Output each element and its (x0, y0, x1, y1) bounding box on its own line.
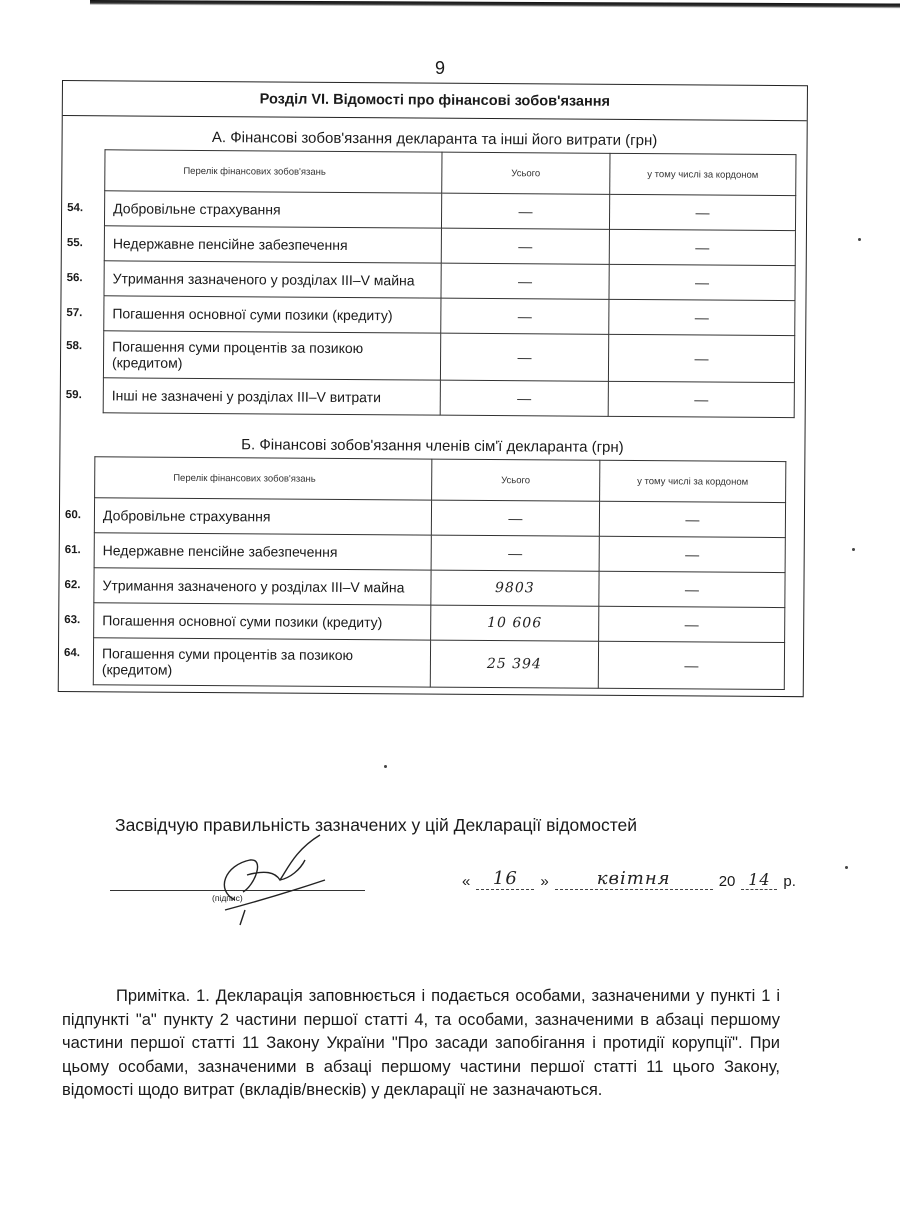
header-abroad: у тому числі за кордоном (599, 460, 785, 502)
row-number: 59. (66, 387, 82, 403)
row-number: 60. (65, 507, 81, 523)
abroad-cell: — (599, 536, 785, 572)
row-label: 55.Недержавне пенсійне забезпечення (104, 226, 441, 263)
section-vi-frame: Розділ VI. Відомості про фінансові зобов… (58, 80, 808, 697)
table-row: 63.Погашення основної суми позики (креди… (94, 603, 785, 643)
part-b-table: Перелік фінансових зобов'язань Усього у … (93, 456, 787, 690)
part-a-table: Перелік фінансових зобов'язань Усього у … (103, 149, 797, 418)
header-abroad: у тому числі за кордоном (610, 153, 796, 195)
table-row: 59.Інші не зазначені у розділах III–V ви… (103, 378, 794, 418)
row-number: 58. (66, 338, 82, 354)
abroad-cell: — (608, 381, 794, 417)
table-row: 60.Добровільне страхування — — (94, 498, 785, 538)
total-cell: — (441, 298, 609, 334)
row-label: 60.Добровільне страхування (94, 498, 431, 535)
table-row: 58.Погашення суми процентів за позикою (… (103, 331, 794, 383)
scan-speck (384, 765, 387, 768)
row-number: 63. (64, 612, 80, 628)
row-label: 57.Погашення основної суми позики (креди… (104, 296, 441, 333)
row-number: 62. (64, 577, 80, 593)
row-label: 56.Утримання зазначеного у розділах III–… (104, 261, 441, 298)
page-number: 9 (435, 58, 445, 79)
row-label: 61.Недержавне пенсійне забезпечення (94, 533, 431, 570)
row-label: 58.Погашення суми процентів за позикою (… (103, 331, 440, 380)
abroad-cell: — (609, 264, 795, 300)
part-b-title: Б. Фінансові зобов'язання членів сім'ї д… (60, 435, 804, 457)
section-title: Розділ VI. Відомості про фінансові зобов… (63, 81, 807, 121)
total-cell-handwritten: 25 394 (430, 640, 598, 688)
row-number: 64. (64, 645, 80, 661)
table-row: 62.Утримання зазначеного у розділах III–… (94, 568, 785, 608)
header-total: Усього (432, 459, 600, 501)
row-number: 57. (66, 305, 82, 321)
date-close-quote: » (540, 873, 548, 890)
header-list: Перелік фінансових зобов'язань (105, 150, 442, 193)
footnote: Примітка. 1. Декларація заповнюється і п… (62, 985, 780, 1103)
total-cell-handwritten: 10 606 (431, 605, 599, 641)
row-number: 55. (67, 235, 83, 251)
abroad-cell: — (599, 571, 785, 607)
signature-label: (підпис) (212, 893, 243, 903)
header-total: Усього (442, 152, 610, 194)
date-year-unit: р. (783, 873, 796, 890)
table-row: 54.Добровільне страхування — — (104, 191, 795, 231)
date-day: 16 (476, 868, 534, 890)
scan-edge-artifact (90, 0, 900, 9)
signature-mark (195, 830, 345, 930)
date-block: « 16 » квітня 20 14 р. (462, 868, 796, 890)
date-open-quote: « (462, 873, 470, 890)
scan-speck (845, 866, 848, 869)
total-cell: — (431, 500, 599, 536)
date-year-suffix: 14 (741, 870, 777, 890)
total-cell: — (440, 333, 608, 381)
total-cell: — (440, 380, 608, 416)
table-header-row: Перелік фінансових зобов'язань Усього у … (95, 457, 786, 503)
abroad-cell: — (599, 501, 785, 537)
row-label: 62.Утримання зазначеного у розділах III–… (94, 568, 431, 605)
date-year-prefix: 20 (719, 873, 736, 890)
abroad-cell: — (609, 299, 795, 335)
table-row: 56.Утримання зазначеного у розділах III–… (104, 261, 795, 301)
scan-speck (858, 238, 861, 241)
table-row: 57.Погашення основної суми позики (креди… (104, 296, 795, 336)
table-header-row: Перелік фінансових зобов'язань Усього у … (105, 150, 796, 196)
total-cell: — (441, 263, 609, 299)
table-row: 61.Недержавне пенсійне забезпечення — — (94, 533, 785, 573)
total-cell: — (431, 535, 599, 571)
total-cell-handwritten: 9803 (431, 570, 599, 606)
row-label: 63.Погашення основної суми позики (креди… (94, 603, 431, 640)
abroad-cell: — (598, 641, 784, 689)
table-row: 64.Погашення суми процентів за позикою (… (93, 638, 784, 690)
row-number: 56. (67, 270, 83, 286)
total-cell: — (441, 193, 609, 229)
abroad-cell: — (609, 194, 795, 230)
abroad-cell: — (599, 606, 785, 642)
row-number: 61. (65, 542, 81, 558)
row-number: 54. (67, 200, 83, 216)
part-a-title: А. Фінансові зобов'язання декларанта та … (63, 128, 807, 150)
table-row: 55.Недержавне пенсійне забезпечення — — (104, 226, 795, 266)
header-list: Перелік фінансових зобов'язань (95, 457, 432, 500)
date-month: квітня (555, 868, 713, 890)
row-label: 54.Добровільне страхування (104, 191, 441, 228)
total-cell: — (441, 228, 609, 264)
abroad-cell: — (608, 334, 794, 382)
abroad-cell: — (609, 229, 795, 265)
row-label: 64.Погашення суми процентів за позикою (… (93, 638, 430, 687)
row-label: 59.Інші не зазначені у розділах III–V ви… (103, 378, 440, 415)
certification-text: Засвідчую правильність зазначених у цій … (115, 815, 637, 836)
scan-speck (852, 548, 855, 551)
